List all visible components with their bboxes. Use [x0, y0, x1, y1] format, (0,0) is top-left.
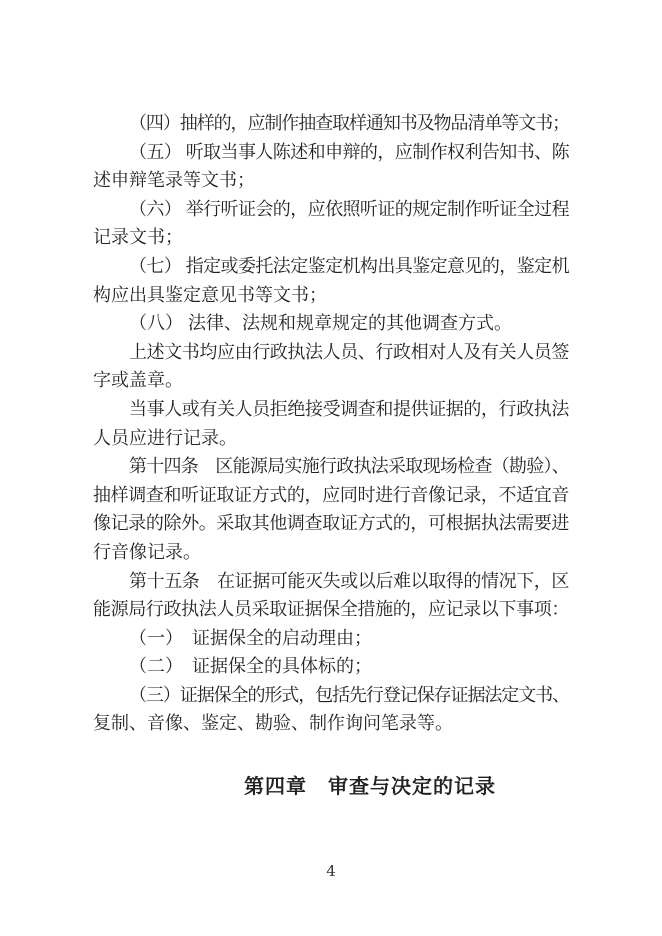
text-line-content: （四）抽样的，应制作抽查取样通知书及物品清单等文书； [129, 109, 569, 138]
text-line: （四）抽样的，应制作抽查取样通知书及物品清单等文书； [93, 109, 569, 138]
text-line: （一） 证据保全的启动理由； [93, 624, 569, 653]
text-line: 第十四条 区能源局实施行政执法采取现场检查（勘验）、 [93, 452, 569, 481]
text-line-content: 第十四条 区能源局实施行政执法采取现场检查（勘验）、 [129, 452, 569, 481]
text-line-content: 述申辩笔录等文书； [93, 166, 255, 195]
text-line-content: 人员应进行记录。 [93, 424, 237, 453]
text-line-content: （八） 法律、法规和规章规定的其他调查方式。 [129, 309, 512, 338]
text-line: 字或盖章。 [93, 366, 569, 395]
text-line: 能源局行政执法人员采取证据保全措施的，应记录以下事项： [93, 595, 569, 624]
text-line-content: 抽样调查和听证取证方式的，应同时进行音像记录，不适宜音 [93, 481, 569, 510]
text-line: 记录文书； [93, 223, 569, 252]
text-line-content: （六） 举行听证会的，应依照听证的规定制作听证全过程 [129, 195, 569, 224]
text-line-content: （五） 听取当事人陈述和申辩的，应制作权利告知书、陈 [129, 138, 569, 167]
text-line: 行音像记录。 [93, 538, 569, 567]
text-line: （七） 指定或委托法定鉴定机构出具鉴定意见的，鉴定机 [93, 252, 569, 281]
page-number: 4 [0, 862, 662, 880]
document-page: （四）抽样的，应制作抽查取样通知书及物品清单等文书；（五） 听取当事人陈述和申辩… [0, 0, 662, 936]
text-line-content: 构应出具鉴定意见书等文书； [93, 281, 327, 310]
text-line-content: 像记录的除外。采取其他调查取证方式的，可根据执法需要进 [93, 509, 569, 538]
text-line-content: 当事人或有关人员拒绝接受调查和提供证据的，行政执法 [129, 395, 569, 424]
text-line: 复制、音像、鉴定、勘验、制作询问笔录等。 [93, 709, 569, 738]
text-line: 第十五条 在证据可能灭失或以后难以取得的情况下，区 [93, 567, 569, 596]
text-line: 构应出具鉴定意见书等文书； [93, 281, 569, 310]
text-line-content: 第十五条 在证据可能灭失或以后难以取得的情况下，区 [129, 567, 569, 596]
text-line: 当事人或有关人员拒绝接受调查和提供证据的，行政执法 [93, 395, 569, 424]
text-line-content: （一） 证据保全的启动理由； [129, 624, 372, 653]
text-line: （三）证据保全的形式，包括先行登记保存证据法定文书、 [93, 681, 569, 710]
text-line: 像记录的除外。采取其他调查取证方式的，可根据执法需要进 [93, 509, 569, 538]
text-line-content: （七） 指定或委托法定鉴定机构出具鉴定意见的，鉴定机 [129, 252, 569, 281]
text-line: （六） 举行听证会的，应依照听证的规定制作听证全过程 [93, 195, 569, 224]
text-line: 述申辩笔录等文书； [93, 166, 569, 195]
text-line-content: 能源局行政执法人员采取证据保全措施的，应记录以下事项： [93, 595, 569, 624]
text-line-content: 记录文书； [93, 223, 183, 252]
text-line: 上述文书均应由行政执法人员、行政相对人及有关人员签 [93, 338, 569, 367]
text-line-content: 复制、音像、鉴定、勘验、制作询问笔录等。 [93, 709, 453, 738]
text-line-content: （三）证据保全的形式，包括先行登记保存证据法定文书、 [129, 681, 569, 710]
chapter-heading: 第四章 审查与决定的记录 [132, 770, 608, 799]
text-line: 抽样调查和听证取证方式的，应同时进行音像记录，不适宜音 [93, 481, 569, 510]
document-body: （四）抽样的，应制作抽查取样通知书及物品清单等文书；（五） 听取当事人陈述和申辩… [93, 109, 569, 738]
text-line-content: 字或盖章。 [93, 366, 183, 395]
text-line: 人员应进行记录。 [93, 424, 569, 453]
text-line-content: （二） 证据保全的具体标的； [129, 652, 372, 681]
text-line-content: 行音像记录。 [93, 538, 201, 567]
text-line-content: 上述文书均应由行政执法人员、行政相对人及有关人员签 [129, 338, 569, 367]
text-line: （八） 法律、法规和规章规定的其他调查方式。 [93, 309, 569, 338]
text-line: （二） 证据保全的具体标的； [93, 652, 569, 681]
text-line: （五） 听取当事人陈述和申辩的，应制作权利告知书、陈 [93, 138, 569, 167]
